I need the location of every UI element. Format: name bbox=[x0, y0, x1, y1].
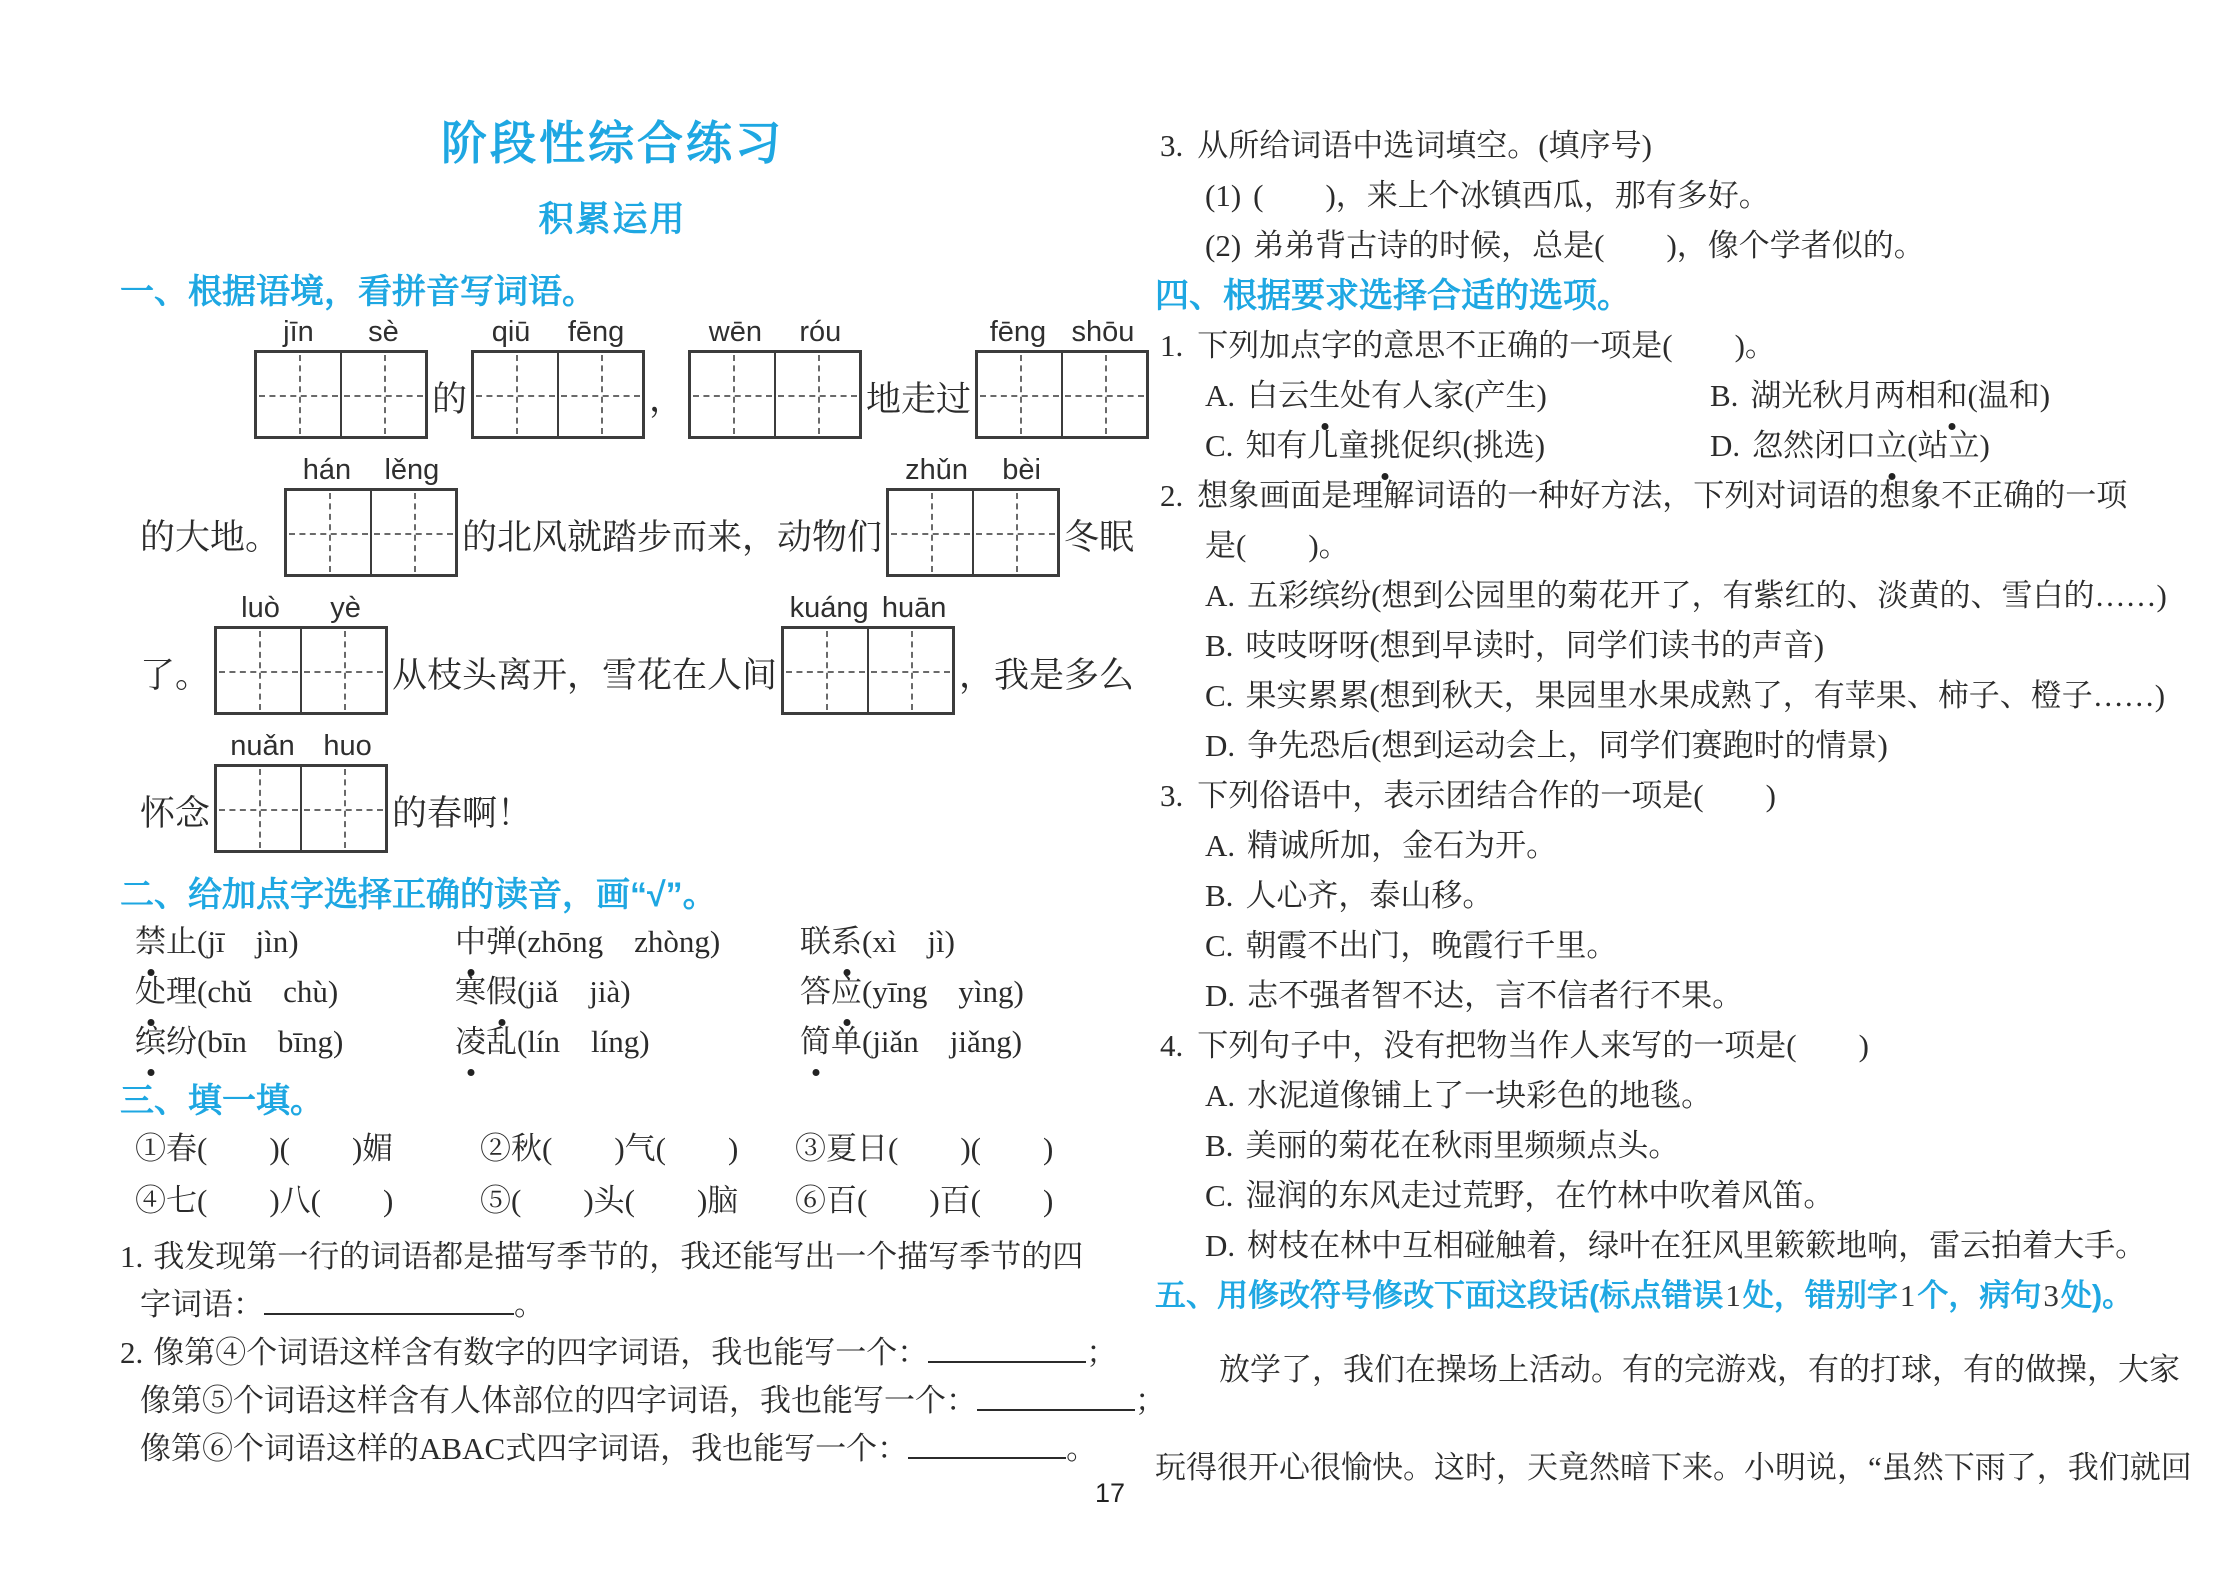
dotted-char: 生 bbox=[1309, 371, 1340, 421]
sec3-question-1: 1.我发现第一行的词语都是描写季节的，我还能写出一个描写季节的四 字词语：。 bbox=[120, 1233, 1105, 1329]
option-b[interactable]: B.人心齐，泰山移。 bbox=[1155, 871, 2155, 921]
option-text: 朝霞不出门，晚霞行千里。 bbox=[1245, 928, 1617, 963]
option-c[interactable]: C.朝霞不出门，晚霞行千里。 bbox=[1155, 921, 2155, 971]
option-text: 人心齐，泰山移。 bbox=[1245, 878, 1493, 913]
writing-cells bbox=[781, 626, 955, 715]
option-text: 果实累累(想到秋天，果园里水果成熟了，有苹果、柿子、橙子……) bbox=[1245, 678, 2165, 713]
sentence-fragment: 的大地。 bbox=[140, 519, 280, 557]
question-line: 像第⑤个词语这样含有人体部位的四字词语，我也能写一个：； bbox=[120, 1377, 1105, 1425]
option-a[interactable]: A.水泥道像铺上了一块彩色的地毯。 bbox=[1155, 1071, 2155, 1121]
pinyin-syllable: yè bbox=[330, 592, 361, 624]
writing-cells bbox=[214, 626, 388, 715]
question-text: 像第⑥个词语这样的ABAC式四字词语，我也能写一个： bbox=[140, 1431, 908, 1466]
sentence-fragment: 冬眠 bbox=[1064, 519, 1134, 557]
pinyin-syllable: jīn bbox=[283, 316, 314, 348]
writing-cell[interactable] bbox=[287, 491, 372, 574]
sec3-question-3: 3.从所给词语中选词填空。(填序号) bbox=[1155, 121, 2155, 171]
pinyin-box-wenrou: wēn róu bbox=[688, 316, 862, 439]
pronunciation-item[interactable]: 中弹(zhōng zhòng) bbox=[455, 917, 800, 967]
pinyin-box-hanleng: hán lěng bbox=[284, 454, 458, 577]
pinyin-syllable: luò bbox=[241, 592, 280, 624]
writing-cell[interactable] bbox=[474, 353, 559, 436]
pinyin-syllable: shōu bbox=[1071, 316, 1134, 348]
reading-options: (xì jì) bbox=[862, 924, 955, 959]
sec4-question-4: 4.下列句子中，没有把物当作人来写的一项是( ) bbox=[1155, 1021, 2155, 1071]
dotted-char: 凌 bbox=[455, 1017, 486, 1067]
pinyin-syllable: nuǎn bbox=[230, 730, 295, 762]
writing-cells bbox=[254, 350, 428, 439]
reading-options: (yīng yìng) bbox=[862, 974, 1024, 1009]
worksheet-page: 阶段性综合练习 积累运用 一、根据语境，看拼音写词语。 jīn sè 的 qiū… bbox=[0, 0, 2220, 1571]
question-line: 字词语：。 bbox=[120, 1281, 1105, 1329]
option-text: 精诚所加，金石为开。 bbox=[1247, 828, 1557, 863]
writing-cell[interactable] bbox=[691, 353, 776, 436]
pinyin-syllable: lěng bbox=[384, 454, 439, 486]
option-label: D. bbox=[1710, 428, 1740, 463]
sentence-fragment: ， bbox=[649, 381, 684, 419]
section1-heading: 一、根据语境，看拼音写词语。 bbox=[120, 274, 1105, 310]
heading-text: 个，病句 bbox=[1917, 1278, 2041, 1313]
option-a[interactable]: A.五彩缤纷(想到公园里的菊花开了，有紫红的、淡黄的、雪白的……) bbox=[1155, 571, 2155, 621]
option-label: C. bbox=[1205, 1178, 1233, 1213]
pinyin-box-jinse: jīn sè bbox=[254, 316, 428, 439]
question-line: 2.像第④个词语这样含有数字的四字词语，我也能写一个：； bbox=[120, 1329, 1105, 1377]
section5-heading: 五、用修改符号修改下面这段话(标点错误1处，错别字1个，病句3处)。 bbox=[1155, 1271, 2155, 1321]
option-label: C. bbox=[1205, 678, 1233, 713]
question-text: 下列加点字的意思不正确的一项是( )。 bbox=[1197, 328, 1776, 363]
sentence-fragment: 的北风就踏步而来，动物们 bbox=[462, 519, 882, 557]
option-text: 水泥道像铺上了一块彩色的地毯。 bbox=[1247, 1078, 1712, 1113]
pinyin-syllable: huo bbox=[323, 730, 371, 762]
pinyin-syllable: wēn bbox=[709, 316, 762, 348]
word-text: 寒 bbox=[455, 974, 486, 1009]
pronunciation-item[interactable]: 联系(xì jì) bbox=[800, 917, 1105, 967]
writing-cell[interactable] bbox=[217, 767, 302, 850]
pinyin-label: nuǎn huo bbox=[216, 730, 386, 762]
option-text: 五彩缤纷(想到公园里的菊花开了，有紫红的、淡黄的、雪白的……) bbox=[1247, 578, 2167, 613]
option-label: B. bbox=[1205, 878, 1233, 913]
unit-subtitle: 积累运用 bbox=[120, 202, 1105, 238]
heading-text: 处，错别字 bbox=[1743, 1278, 1898, 1313]
option-text: 湿润的东风走过荒野，在竹林中吹着风笛。 bbox=[1245, 1178, 1834, 1213]
sentence-fragment: 了。 bbox=[140, 657, 210, 695]
dotted-char: 系 bbox=[831, 917, 862, 967]
pronunciation-item[interactable]: 禁止(jī jìn) bbox=[135, 917, 455, 967]
writing-cell[interactable] bbox=[302, 629, 385, 712]
dotted-char: 处 bbox=[135, 967, 166, 1017]
right-column: 3.从所给词语中选词填空。(填序号) (1)( )，来上个冰镇西瓜，那有多好。 … bbox=[1155, 121, 2155, 1517]
pinyin-box-kuanghuan: kuáng huān bbox=[781, 592, 955, 715]
writing-cell[interactable] bbox=[257, 353, 342, 436]
pinyin-syllable: huān bbox=[882, 592, 947, 624]
question-line: 1.我发现第一行的词语都是描写季节的，我还能写出一个描写季节的四 bbox=[120, 1233, 1105, 1281]
pronunciation-item[interactable]: 处理(chǔ chù) bbox=[135, 967, 455, 1017]
option-text: 湖光秋月两相 bbox=[1750, 378, 1936, 413]
word-text: 联 bbox=[800, 924, 831, 959]
pinyin-box-qiufeng: qiū fēng bbox=[471, 316, 645, 439]
question-text: 想象画面是理解词语的一种好方法，下列对词语的想象不正确的一项 bbox=[1197, 478, 2127, 513]
option-text: 白云 bbox=[1247, 378, 1309, 413]
writing-cells bbox=[471, 350, 645, 439]
reading-options: (lín líng) bbox=[517, 1024, 650, 1059]
section3-heading: 三、填一填。 bbox=[120, 1083, 1105, 1119]
sec3-question-2: 2.像第④个词语这样含有数字的四字词语，我也能写一个：； 像第⑤个词语这样含有人… bbox=[120, 1329, 1105, 1473]
answer-blank[interactable] bbox=[264, 1284, 514, 1315]
answer-blank[interactable] bbox=[908, 1428, 1066, 1459]
reading-options: (bīn bīng) bbox=[197, 1024, 343, 1059]
option-text: 忽然闭口 bbox=[1752, 428, 1876, 463]
option-c[interactable]: C.果实累累(想到秋天，果园里水果成熟了，有苹果、柿子、橙子……) bbox=[1155, 671, 2155, 721]
left-column: 阶段性综合练习 积累运用 一、根据语境，看拼音写词语。 jīn sè 的 qiū… bbox=[120, 0, 1105, 1473]
option-text: (温和) bbox=[1967, 378, 2050, 413]
question-number: 3. bbox=[1155, 128, 1183, 163]
pinyin-syllable: fēng bbox=[990, 316, 1046, 348]
pinyin-label: luò yè bbox=[216, 592, 386, 624]
question-text: 。 bbox=[514, 1287, 545, 1322]
pinyin-syllable: qiū bbox=[492, 316, 531, 348]
option-text: (站立) bbox=[1907, 428, 1990, 463]
question-text: 从所给词语中选词填空。(填序号) bbox=[1197, 128, 1652, 163]
option-label: A. bbox=[1205, 828, 1235, 863]
section4-heading: 四、根据要求选择合适的选项。 bbox=[1155, 271, 2155, 321]
option-text: 志不强者智不达，言不信者行不果。 bbox=[1247, 978, 1743, 1013]
option-label: B. bbox=[1205, 1128, 1233, 1163]
option-text: 树枝在林中互相碰触着，绿叶在狂风里簌簌地响，雷云拍着大手。 bbox=[1247, 1228, 2146, 1263]
answer-blank[interactable] bbox=[928, 1332, 1086, 1363]
option-label: A. bbox=[1205, 378, 1235, 413]
option-text: 促织(挑选) bbox=[1400, 428, 1545, 463]
word-text: 弹 bbox=[486, 924, 517, 959]
option-d[interactable]: D.忽然闭口立(站立) bbox=[1710, 421, 2155, 471]
pinyin-row-2: 的大地。 hán lěng 的北风就踏步而来，动物们 zhǔn bèi bbox=[140, 454, 1105, 577]
sec4-q1-options-row-2: C.知有儿童挑促织(挑选) D.忽然闭口立(站立) bbox=[1155, 421, 2155, 471]
writing-cell[interactable] bbox=[784, 629, 869, 712]
reading-options: (jiǎ jià) bbox=[517, 974, 631, 1009]
writing-cell[interactable] bbox=[372, 491, 455, 574]
pinyin-label: qiū fēng bbox=[473, 316, 643, 348]
writing-cell[interactable] bbox=[776, 353, 859, 436]
pronunciation-item[interactable]: 寒假(jiǎ jià) bbox=[455, 967, 800, 1017]
dotted-char: 立 bbox=[1876, 421, 1907, 471]
sub-item-text: ( )，来上个冰镇西瓜，那有多好。 bbox=[1253, 178, 1770, 213]
writing-cell[interactable] bbox=[217, 629, 302, 712]
error-count: 1 bbox=[1723, 1278, 1743, 1313]
fill-in-row-2: ④七( )八( ) ⑤( )头( )脑 ⑥百( )百( ) bbox=[120, 1175, 1105, 1227]
fill-item[interactable]: ⑥百( )百( ) bbox=[795, 1175, 1105, 1227]
sec4-question-2: 2.想象画面是理解词语的一种好方法，下列对词语的想象不正确的一项 bbox=[1155, 471, 2155, 521]
sentence-fragment: 怀念 bbox=[140, 795, 210, 833]
question-line: 像第⑥个词语这样的ABAC式四字词语，我也能写一个：。 bbox=[120, 1425, 1105, 1473]
option-label: D. bbox=[1205, 728, 1235, 763]
question-text: 下列俗语中，表示团结合作的一项是( ) bbox=[1197, 778, 1776, 813]
option-d[interactable]: D.争先恐后(想到运动会上，同学们赛跑时的情景) bbox=[1155, 721, 2155, 771]
question-text: 是( )。 bbox=[1205, 528, 1350, 563]
reading-options: (jī jìn) bbox=[197, 924, 299, 959]
sub-item-label: (2) bbox=[1205, 228, 1241, 263]
fill-item[interactable]: ②秋( )气( ) bbox=[480, 1123, 795, 1175]
question-number: 3. bbox=[1155, 778, 1183, 813]
pinyin-label: fēng shōu bbox=[977, 316, 1147, 348]
question-number: 4. bbox=[1155, 1028, 1183, 1063]
word-text: 纷 bbox=[166, 1024, 197, 1059]
option-d[interactable]: D.树枝在林中互相碰触着，绿叶在狂风里簌簌地响，雷云拍着大手。 bbox=[1155, 1221, 2155, 1271]
pinyin-syllable: róu bbox=[799, 316, 841, 348]
option-label: D. bbox=[1205, 978, 1235, 1013]
fill-in-row-1: ①春( )( )媚 ②秋( )气( ) ③夏日( )( ) bbox=[120, 1123, 1105, 1175]
pinyin-label: jīn sè bbox=[256, 316, 426, 348]
option-b[interactable]: B.美丽的菊花在秋雨里频频点头。 bbox=[1155, 1121, 2155, 1171]
page-title: 阶段性综合练习 bbox=[120, 120, 1105, 166]
sentence-fragment: ，我是多么 bbox=[959, 657, 1134, 695]
writing-cell[interactable] bbox=[302, 767, 385, 850]
option-text: 美丽的菊花在秋雨里频频点头。 bbox=[1245, 1128, 1679, 1163]
pinyin-syllable: kuáng bbox=[790, 592, 869, 624]
question-number: 2. bbox=[120, 1335, 143, 1370]
pinyin-label: hán lěng bbox=[286, 454, 456, 486]
writing-cell[interactable] bbox=[1063, 353, 1146, 436]
pinyin-box-luoye: luò yè bbox=[214, 592, 388, 715]
question-text: 像第⑤个词语这样含有人体部位的四字词语，我也能写一个： bbox=[140, 1383, 977, 1418]
pinyin-syllable: fēng bbox=[568, 316, 624, 348]
sentence-fragment: 从枝头离开，雪花在人间 bbox=[392, 657, 777, 695]
question-text: 我发现第一行的词语都是描写季节的，我还能写出一个描写季节的四 bbox=[153, 1239, 1083, 1274]
writing-cell[interactable] bbox=[889, 491, 974, 574]
dotted-char: 挑 bbox=[1369, 421, 1400, 471]
word-text: 乱 bbox=[486, 1024, 517, 1059]
pinyin-syllable: bèi bbox=[1002, 454, 1041, 486]
error-count: 3 bbox=[2041, 1278, 2061, 1313]
pinyin-row-1: jīn sè 的 qiū fēng ， bbox=[254, 316, 1105, 439]
option-label: B. bbox=[1710, 378, 1738, 413]
pinyin-box-nuanhuo: nuǎn huo bbox=[214, 730, 388, 853]
question-number: 2. bbox=[1155, 478, 1183, 513]
answer-blank[interactable] bbox=[977, 1380, 1135, 1411]
option-b[interactable]: B.吱吱呀呀(想到早读时，同学们读书的声音) bbox=[1155, 621, 2155, 671]
dotted-char: 应 bbox=[831, 967, 862, 1017]
pronunciation-item[interactable]: 缤纷(bīn bīng) bbox=[135, 1017, 455, 1067]
pinyin-row-4: 怀念 nuǎn huo 的春啊！ bbox=[140, 730, 1105, 853]
dotted-char: 和 bbox=[1936, 371, 1967, 421]
word-text: 单 bbox=[831, 1024, 862, 1059]
word-text: 理 bbox=[166, 974, 197, 1009]
option-b[interactable]: B.湖光秋月两相和(温和) bbox=[1710, 371, 2155, 421]
pinyin-syllable: zhǔn bbox=[905, 454, 968, 486]
pinyin-label: kuáng huān bbox=[783, 592, 953, 624]
writing-cell[interactable] bbox=[342, 353, 425, 436]
dotted-char: 假 bbox=[486, 967, 517, 1017]
dotted-char: 简 bbox=[800, 1017, 831, 1067]
sentence-fragment: 的春啊！ bbox=[392, 795, 532, 833]
pinyin-box-zhunbei: zhǔn bèi bbox=[886, 454, 1060, 577]
dotted-char: 禁 bbox=[135, 917, 166, 967]
option-label: C. bbox=[1205, 928, 1233, 963]
pinyin-label: wēn róu bbox=[690, 316, 860, 348]
option-label: A. bbox=[1205, 578, 1235, 613]
writing-cell[interactable] bbox=[974, 491, 1057, 574]
option-a[interactable]: A.白云生处有人家(产生) bbox=[1205, 371, 1710, 421]
option-text: 处有人家(产生) bbox=[1340, 378, 1547, 413]
sec3-q3-sub-1[interactable]: (1)( )，来上个冰镇西瓜，那有多好。 bbox=[1155, 171, 2155, 221]
sec4-q2-stem-cont: 是( )。 bbox=[1155, 521, 2155, 571]
pronunciation-item[interactable]: 答应(yīng yìng) bbox=[800, 967, 1105, 1017]
reading-options: (jiǎn jiǎng) bbox=[862, 1024, 1022, 1059]
sec4-question-3: 3.下列俗语中，表示团结合作的一项是( ) bbox=[1155, 771, 2155, 821]
writing-cell[interactable] bbox=[559, 353, 642, 436]
page-number: 17 bbox=[0, 1478, 2220, 1509]
paragraph-line: 放学了，我们在操场上活动。有的完游戏，有的打球，有的做操，大家 bbox=[1155, 1321, 2155, 1419]
fill-item[interactable]: ④七( )八( ) bbox=[135, 1175, 480, 1227]
option-text: 争先恐后(想到运动会上，同学们赛跑时的情景) bbox=[1247, 728, 1888, 763]
question-text: 下列句子中，没有把物当作人来写的一项是( ) bbox=[1197, 1028, 1869, 1063]
sec3-q3-sub-2[interactable]: (2)弟弟背古诗的时候，总是( )，像个学者似的。 bbox=[1155, 221, 2155, 271]
writing-cells bbox=[284, 488, 458, 577]
sentence-fragment: 地走过 bbox=[866, 381, 971, 419]
section2-heading: 二、给加点字选择正确的读音，画“√”。 bbox=[120, 877, 1105, 913]
question-text: 像第④个词语这样含有数字的四字词语，我也能写一个： bbox=[153, 1335, 928, 1370]
writing-cells bbox=[886, 488, 1060, 577]
writing-cell[interactable] bbox=[869, 629, 952, 712]
reading-options: (zhōng zhòng) bbox=[517, 924, 720, 959]
fill-item[interactable]: ③夏日( )( ) bbox=[795, 1123, 1105, 1175]
heading-text: 处)。 bbox=[2061, 1278, 2133, 1313]
pronunciation-item[interactable]: 凌乱(lín líng) bbox=[455, 1017, 800, 1067]
option-text: 吱吱呀呀(想到早读时，同学们读书的声音) bbox=[1245, 628, 1824, 663]
writing-cells bbox=[975, 350, 1149, 439]
dotted-char: 缤 bbox=[135, 1017, 166, 1067]
option-a[interactable]: A.精诚所加，金石为开。 bbox=[1155, 821, 2155, 871]
pinyin-box-fengshou: fēng shōu bbox=[975, 316, 1149, 439]
option-label: D. bbox=[1205, 1228, 1235, 1263]
sentence-fragment: 的 bbox=[432, 381, 467, 419]
sub-item-text: 弟弟背古诗的时候，总是( )，像个学者似的。 bbox=[1253, 228, 1925, 263]
word-text: 止 bbox=[166, 924, 197, 959]
question-text: ； bbox=[1086, 1335, 1117, 1370]
pinyin-syllable: hán bbox=[303, 454, 351, 486]
pinyin-label: zhǔn bèi bbox=[888, 454, 1058, 486]
question-text: 字词语： bbox=[140, 1287, 264, 1322]
question-number: 1. bbox=[1155, 328, 1183, 363]
option-c[interactable]: C.湿润的东风走过荒野，在竹林中吹着风笛。 bbox=[1155, 1171, 2155, 1221]
question-text: 。 bbox=[1066, 1431, 1097, 1466]
error-count: 1 bbox=[1898, 1278, 1918, 1313]
pinyin-syllable: sè bbox=[368, 316, 399, 348]
fill-item[interactable]: ⑤( )头( )脑 bbox=[480, 1175, 795, 1227]
sec4-q1-options-row-1: A.白云生处有人家(产生) B.湖光秋月两相和(温和) bbox=[1155, 371, 2155, 421]
heading-text: 五、用修改符号修改下面这段话(标点错误 bbox=[1155, 1278, 1723, 1313]
option-text: 知有儿童 bbox=[1245, 428, 1369, 463]
word-text: 答 bbox=[800, 974, 831, 1009]
reading-options: (chǔ chù) bbox=[197, 974, 338, 1009]
writing-cell[interactable] bbox=[978, 353, 1063, 436]
question-number: 1. bbox=[120, 1239, 143, 1274]
pronunciation-grid: 禁止(jī jìn) 中弹(zhōng zhòng) 联系(xì jì) 处理(… bbox=[120, 917, 1105, 1067]
sub-item-label: (1) bbox=[1205, 178, 1241, 213]
fill-item[interactable]: ①春( )( )媚 bbox=[135, 1123, 480, 1175]
option-label: A. bbox=[1205, 1078, 1235, 1113]
option-label: C. bbox=[1205, 428, 1233, 463]
option-label: B. bbox=[1205, 628, 1233, 663]
option-d[interactable]: D.志不强者智不达，言不信者行不果。 bbox=[1155, 971, 2155, 1021]
option-c[interactable]: C.知有儿童挑促织(挑选) bbox=[1205, 421, 1710, 471]
writing-cells bbox=[214, 764, 388, 853]
dotted-char: 中 bbox=[455, 917, 486, 967]
sec4-question-1: 1.下列加点字的意思不正确的一项是( )。 bbox=[1155, 321, 2155, 371]
pinyin-row-3: 了。 luò yè 从枝头离开，雪花在人间 kuáng huān bbox=[140, 592, 1105, 715]
writing-cells bbox=[688, 350, 862, 439]
